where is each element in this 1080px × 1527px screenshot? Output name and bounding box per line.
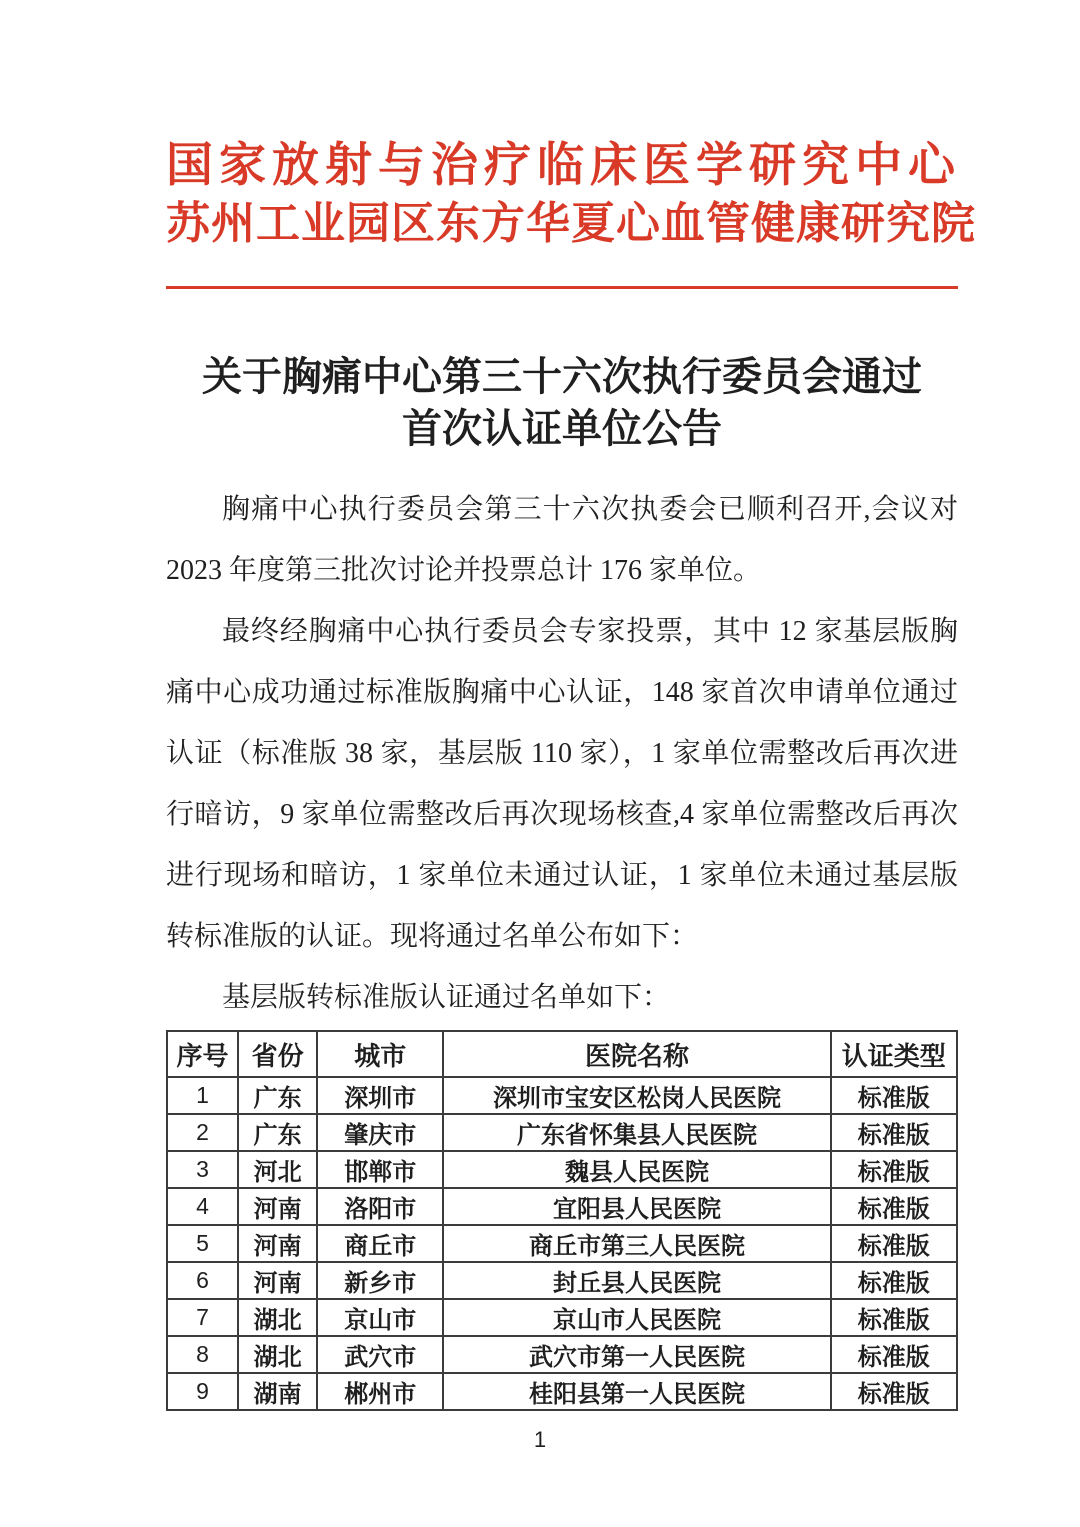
table-header-cell: 医院名称 (443, 1031, 830, 1077)
table-row: 7湖北京山市京山市人民医院标准版 (167, 1299, 957, 1336)
table-row: 8湖北武穴市武穴市第一人民医院标准版 (167, 1336, 957, 1373)
letterhead-divider (166, 286, 958, 289)
table-cell: 广东 (238, 1114, 317, 1151)
table-cell: 标准版 (831, 1299, 957, 1336)
table-row: 5河南商丘市商丘市第三人民医院标准版 (167, 1225, 957, 1262)
table-header-cell: 认证类型 (831, 1031, 957, 1077)
document-content: 国家放射与治疗临床医学研究中心 苏州工业园区东方华夏心血管健康研究院 关于胸痛中… (166, 0, 958, 1411)
table-cell: 京山市人民医院 (443, 1299, 830, 1336)
table-cell: 武穴市第一人民医院 (443, 1336, 830, 1373)
table-row: 1广东深圳市深圳市宝安区松岗人民医院标准版 (167, 1077, 957, 1114)
table-cell: 桂阳县第一人民医院 (443, 1373, 830, 1410)
table-cell: 标准版 (831, 1262, 957, 1299)
table-header-row: 序号省份城市医院名称认证类型 (167, 1031, 957, 1077)
document-title-line-2: 首次认证单位公告 (166, 403, 958, 455)
table-cell: 洛阳市 (317, 1188, 443, 1225)
table-cell: 标准版 (831, 1188, 957, 1225)
table-cell: 7 (167, 1299, 238, 1336)
table-cell: 河南 (238, 1262, 317, 1299)
table-cell: 京山市 (317, 1299, 443, 1336)
table-header-cell: 序号 (167, 1031, 238, 1077)
table-cell: 1 (167, 1077, 238, 1114)
table-cell: 商丘市第三人民医院 (443, 1225, 830, 1262)
table-cell: 河北 (238, 1151, 317, 1188)
page-footer: 1 (0, 1427, 1080, 1453)
certification-table: 序号省份城市医院名称认证类型 1广东深圳市深圳市宝安区松岗人民医院标准版2广东肇… (166, 1030, 958, 1411)
body-text: 胸痛中心执行委员会第三十六次执委会已顺利召开,会议对 2023 年度第三批次讨论… (166, 479, 958, 1028)
table-cell: 广东 (238, 1077, 317, 1114)
table-cell: 肇庆市 (317, 1114, 443, 1151)
table-cell: 武穴市 (317, 1336, 443, 1373)
paragraph-1: 胸痛中心执行委员会第三十六次执委会已顺利召开,会议对 2023 年度第三批次讨论… (166, 479, 958, 601)
hospital-table-body: 1广东深圳市深圳市宝安区松岗人民医院标准版2广东肇庆市广东省怀集县人民医院标准版… (167, 1077, 957, 1410)
table-cell: 魏县人民医院 (443, 1151, 830, 1188)
table-cell: 广东省怀集县人民医院 (443, 1114, 830, 1151)
table-cell: 9 (167, 1373, 238, 1410)
document-title: 关于胸痛中心第三十六次执行委员会通过 首次认证单位公告 (166, 351, 958, 455)
table-cell: 河南 (238, 1225, 317, 1262)
letterhead: 国家放射与治疗临床医学研究中心 苏州工业园区东方华夏心血管健康研究院 (166, 0, 958, 252)
table-cell: 封丘县人民医院 (443, 1262, 830, 1299)
table-row: 6河南新乡市封丘县人民医院标准版 (167, 1262, 957, 1299)
table-cell: 3 (167, 1151, 238, 1188)
table-cell: 标准版 (831, 1373, 957, 1410)
table-cell: 2 (167, 1114, 238, 1151)
table-cell: 深圳市 (317, 1077, 443, 1114)
table-cell: 标准版 (831, 1114, 957, 1151)
document-page: 国家放射与治疗临床医学研究中心 苏州工业园区东方华夏心血管健康研究院 关于胸痛中… (0, 0, 1080, 1527)
table-cell: 8 (167, 1336, 238, 1373)
table-cell: 湖北 (238, 1336, 317, 1373)
table-cell: 邯郸市 (317, 1151, 443, 1188)
table-row: 9湖南郴州市桂阳县第一人民医院标准版 (167, 1373, 957, 1410)
table-cell: 湖南 (238, 1373, 317, 1410)
letterhead-line-1: 国家放射与治疗临床医学研究中心 (166, 136, 958, 196)
table-cell: 新乡市 (317, 1262, 443, 1299)
paragraph-2: 最终经胸痛中心执行委员会专家投票，其中 12 家基层版胸痛中心成功通过标准版胸痛… (166, 601, 958, 967)
table-row: 4河南洛阳市宜阳县人民医院标准版 (167, 1188, 957, 1225)
table-header-cell: 省份 (238, 1031, 317, 1077)
table-row: 2广东肇庆市广东省怀集县人民医院标准版 (167, 1114, 957, 1151)
table-cell: 郴州市 (317, 1373, 443, 1410)
table-row: 3河北邯郸市魏县人民医院标准版 (167, 1151, 957, 1188)
table-cell: 深圳市宝安区松岗人民医院 (443, 1077, 830, 1114)
table-cell: 商丘市 (317, 1225, 443, 1262)
table-cell: 标准版 (831, 1151, 957, 1188)
document-title-line-1: 关于胸痛中心第三十六次执行委员会通过 (166, 351, 958, 403)
table-cell: 湖北 (238, 1299, 317, 1336)
table-cell: 标准版 (831, 1336, 957, 1373)
letterhead-line-2: 苏州工业园区东方华夏心血管健康研究院 (166, 196, 958, 252)
table-cell: 河南 (238, 1188, 317, 1225)
table-cell: 5 (167, 1225, 238, 1262)
table-header-cell: 城市 (317, 1031, 443, 1077)
list-intro: 基层版转标准版认证通过名单如下： (166, 967, 958, 1028)
table-cell: 标准版 (831, 1225, 957, 1262)
table-cell: 6 (167, 1262, 238, 1299)
table-cell: 4 (167, 1188, 238, 1225)
table-cell: 标准版 (831, 1077, 957, 1114)
table-cell: 宜阳县人民医院 (443, 1188, 830, 1225)
page-number: 1 (534, 1427, 546, 1452)
